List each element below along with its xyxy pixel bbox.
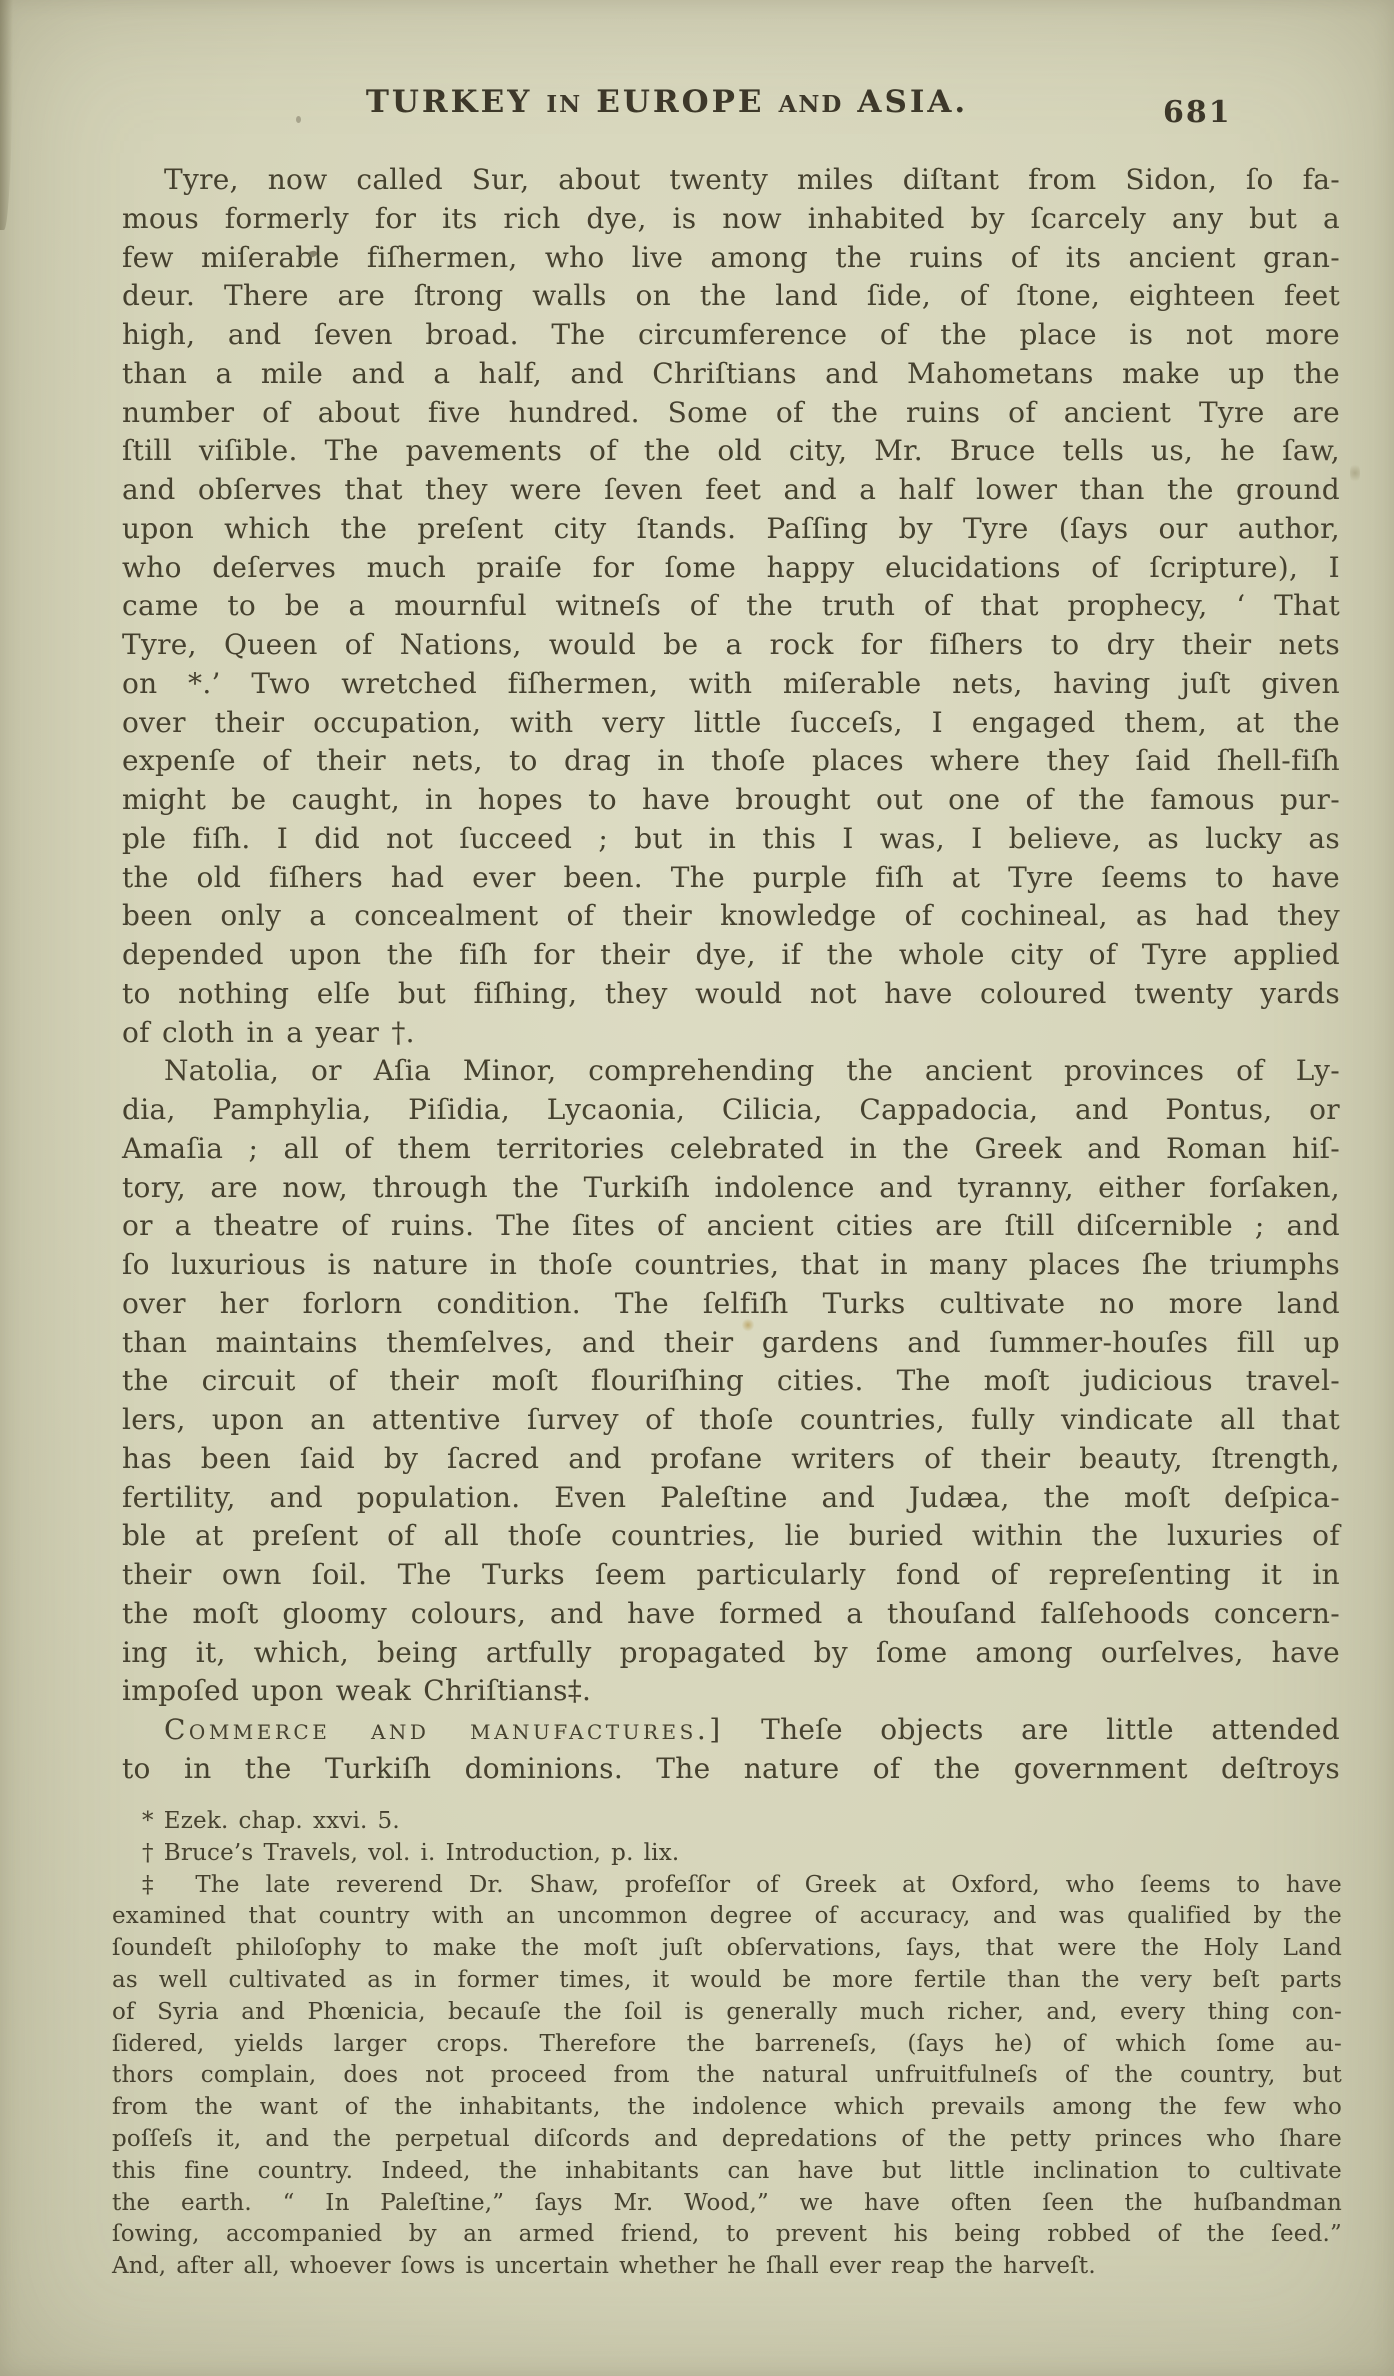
paragraph: Commerce and manufactures.] Theſe object… (122, 1711, 1340, 1789)
header-title-word: EUROPE (596, 84, 764, 120)
text-line: from the want of the inhabitants, the in… (112, 2092, 1342, 2124)
text-line: upon which the preſent city ſtands. Paſſ… (122, 510, 1340, 549)
text-line: fertility, and population. Even Paleſtin… (122, 1479, 1340, 1518)
text-line: than maintains themſelves, and their gar… (122, 1324, 1340, 1363)
header-title-word: TURKEY (366, 84, 533, 120)
text-line: to nothing elſe but fiſhing, they would … (122, 975, 1340, 1014)
text-line: * Ezek. chap. xxvi. 5. (142, 1806, 1342, 1838)
main-text-column: Tyre, now called Sur, about twenty miles… (122, 161, 1340, 1789)
text-line: examined that country with an uncommon d… (112, 1901, 1342, 1933)
paragraph: Natolia, or Aſia Minor, comprehending th… (122, 1052, 1340, 1711)
text-line: and obſerves that they were ſeven feet a… (122, 471, 1340, 510)
text-line: the earth. “ In Paleſtine,” ſays Mr. Woo… (112, 2188, 1342, 2220)
page-edge-shadow (0, 0, 13, 230)
text-line: Tyre, now called Sur, about twenty miles… (164, 161, 1340, 200)
text-line: over their occupation, with very little … (122, 704, 1340, 743)
text-line: been only a concealment of their knowled… (122, 897, 1340, 936)
text-line: the circuit of their moſt flouriſhing ci… (122, 1362, 1340, 1401)
text-line: or a theatre of ruins. The ſites of anci… (122, 1207, 1340, 1246)
text-line: ſo luxurious is nature in thoſe countrie… (122, 1246, 1340, 1285)
header-title-word: ASIA. (857, 84, 968, 120)
text-line: over her forlorn condition. The ſelfiſh … (122, 1285, 1340, 1324)
text-line: ing it, which, being artfully propagated… (122, 1634, 1340, 1673)
text-line: deur. There are ſtrong walls on the land… (122, 277, 1340, 316)
text-line: on *.’ Two wretched fiſhermen, with miſe… (122, 665, 1340, 704)
text-line: ‡ The late reverend Dr. Shaw, profeſſor … (142, 1870, 1342, 1902)
text-line: tory, are now, through the Turkiſh indol… (122, 1169, 1340, 1208)
text-line: of cloth in a year †. (122, 1014, 1340, 1053)
text-line: impoſed upon weak Chriſtians‡. (122, 1672, 1340, 1711)
text-line: the old fiſhers had ever been. The purpl… (122, 859, 1340, 898)
running-header: TURKEYINEUROPEANDASIA. (122, 84, 1212, 120)
footnotes-block: * Ezek. chap. xxvi. 5.† Bruce’s Travels,… (112, 1806, 1342, 2283)
text-line: than a mile and a half, and Chriſtians a… (122, 355, 1340, 394)
text-line: ſoundeſt philoſophy to make the moſt juſ… (112, 1933, 1342, 1965)
text-line: ble at preſent of all thoſe countries, l… (122, 1517, 1340, 1556)
text-line: their own ſoil. The Turks ſeem particula… (122, 1556, 1340, 1595)
text-line: came to be a mournful witneſs of the tru… (122, 587, 1340, 626)
text-line: Commerce and manufactures.] Theſe object… (164, 1711, 1340, 1750)
text-line: ſtill viſible. The pavements of the old … (122, 432, 1340, 471)
text-line: depended upon the fiſh for their dye, if… (122, 936, 1340, 975)
text-line: ſowing, accompanied by an armed friend, … (112, 2219, 1342, 2251)
text-line: expenſe of their nets, to drag in thoſe … (122, 742, 1340, 781)
text-line: ple fiſh. I did not ſucceed ; but in thi… (122, 820, 1340, 859)
text-line: number of about five hundred. Some of th… (122, 394, 1340, 433)
text-line: might be caught, in hopes to have brough… (122, 781, 1340, 820)
text-line: Tyre, Queen of Nations, would be a rock … (122, 626, 1340, 665)
text-line: Amaſia ; all of them territories celebra… (122, 1130, 1340, 1169)
text-line: thors complain, does not proceed from th… (112, 2060, 1342, 2092)
text-line: And, after all, whoever ſows is uncertai… (112, 2251, 1342, 2283)
text-line: ſidered, yields larger crops. Therefore … (112, 2029, 1342, 2061)
text-line: lers, upon an attentive ſurvey of thoſe … (122, 1401, 1340, 1440)
paper-stain (1350, 462, 1360, 484)
text-line: this fine country. Indeed, the inhabitan… (112, 2156, 1342, 2188)
section-heading: Commerce and manufactures.] (164, 1713, 724, 1746)
page-number: 681 (1163, 95, 1232, 130)
text-line: who deſerves much praiſe for ſome happy … (122, 549, 1340, 588)
text-line: has been ſaid by ſacred and profane writ… (122, 1440, 1340, 1479)
text-line: to in the Turkiſh dominions. The nature … (122, 1750, 1340, 1789)
text-line: as well cultivated as in former times, i… (112, 1965, 1342, 1997)
header-title-word: AND (779, 91, 844, 118)
header-title-word: IN (546, 91, 582, 118)
text-line: the moſt gloomy colours, and have formed… (122, 1595, 1340, 1634)
text-line: Natolia, or Aſia Minor, comprehending th… (164, 1052, 1340, 1091)
text-line: † Bruce’s Travels, vol. i. Introduction,… (142, 1838, 1342, 1870)
book-page: TURKEYINEUROPEANDASIA. 681 Tyre, now cal… (0, 0, 1394, 2376)
text-line: dia, Pamphylia, Piſidia, Lycaonia, Cilic… (122, 1091, 1340, 1130)
text-line: high, and ſeven broad. The circumference… (122, 316, 1340, 355)
paragraph: Tyre, now called Sur, about twenty miles… (122, 161, 1340, 1052)
text-line: mous formerly for its rich dye, is now i… (122, 200, 1340, 239)
text-line: of Syria and Phœnicia, becauſe the ſoil … (112, 1997, 1342, 2029)
text-line: few miſerable fiſhermen, who live among … (122, 239, 1340, 278)
text-line: poſſeſs it, and the perpetual diſcords a… (112, 2124, 1342, 2156)
